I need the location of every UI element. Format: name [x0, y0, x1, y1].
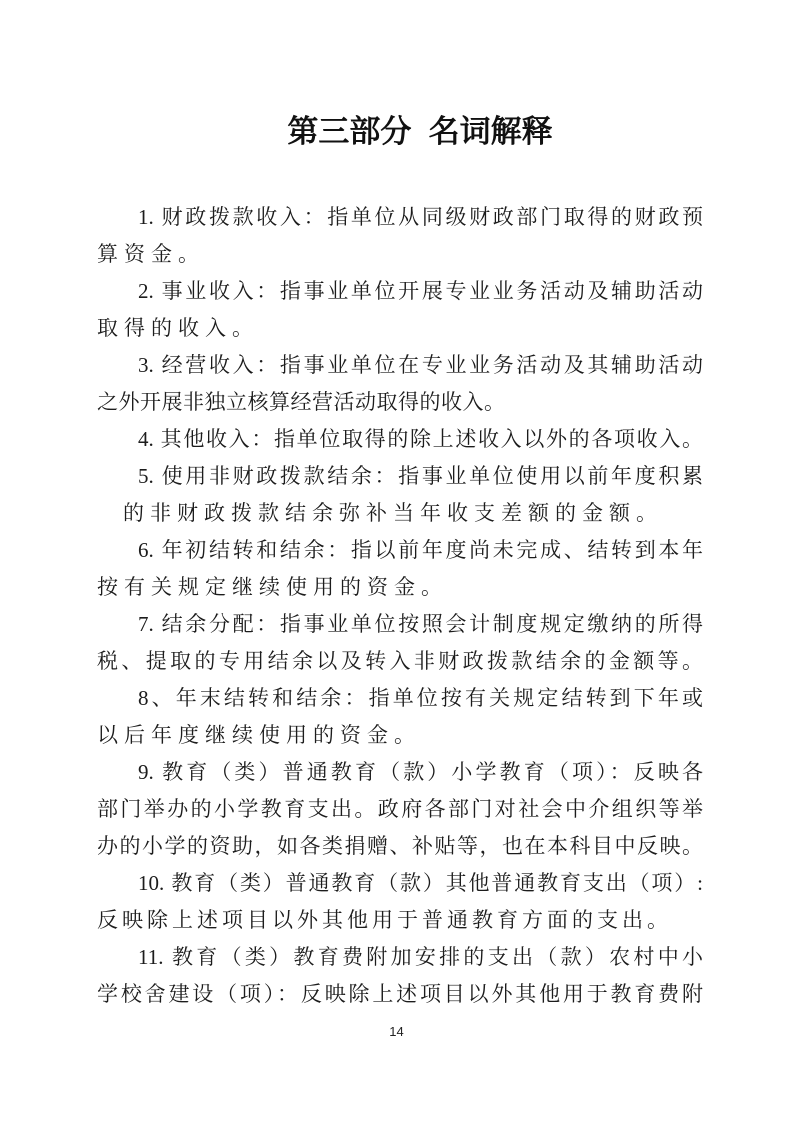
text-line: 4. 其他收入：指单位取得的除上述收入以外的各项收入。 [97, 421, 703, 458]
text-line: 反映除上述项目以外其他用于普通教育方面的支出。 [97, 902, 703, 939]
text-line: 11. 教育（类）教育费附加安排的支出（款）农村中小 [97, 939, 703, 976]
text-line: 学校舍建设（项）：反映除上述项目以外其他用于教育费附 [97, 976, 703, 1013]
text-line: 部门举办的小学教育支出。政府各部门对社会中介组织等举 [97, 791, 703, 828]
text-line: 办的小学的资助，如各类捐赠、补贴等，也在本科目中反映。 [97, 828, 703, 865]
page-title: 第三部分 名词解释 [0, 112, 793, 152]
text-line: 9. 教育（类）普通教育（款）小学教育（项）：反映各 [97, 754, 703, 791]
text-line: 1. 财政拨款收入：指单位从同级财政部门取得的财政预 [97, 199, 703, 236]
text-line: 6. 年初结转和结余：指以前年度尚未完成、结转到本年 [97, 532, 703, 569]
text-line: 10. 教育（类）普通教育（款）其他普通教育支出（项）: [97, 865, 703, 902]
page-number: 14 [0, 1023, 793, 1041]
text-line: 取得的收入。 [97, 310, 703, 347]
text-line: 5. 使用非财政拨款结余：指事业单位使用以前年度积累 [97, 458, 703, 495]
text-line: 7. 结余分配：指事业单位按照会计制度规定缴纳的所得 [97, 606, 703, 643]
text-line: 3. 经营收入：指事业单位在专业业务活动及其辅助活动 [97, 347, 703, 384]
text-line: 以后年度继续使用的资金。 [97, 717, 703, 754]
text-line: 之外开展非独立核算经营活动取得的收入。 [97, 384, 703, 421]
text-line: 的非财政拨款结余弥补当年收支差额的金额。 [97, 495, 703, 532]
text-line: 算资金。 [97, 236, 703, 273]
text-line: 8、年末结转和结余：指单位按有关规定结转到下年或 [97, 680, 703, 717]
document-page: 第三部分 名词解释 1. 财政拨款收入：指单位从同级财政部门取得的财政预算资金。… [0, 0, 793, 1122]
document-body: 1. 财政拨款收入：指单位从同级财政部门取得的财政预算资金。2. 事业收入：指事… [97, 199, 703, 1013]
text-line: 按有关规定继续使用的资金。 [97, 569, 703, 606]
text-line: 2. 事业收入：指事业单位开展专业业务活动及辅助活动 [97, 273, 703, 310]
text-line: 税、提取的专用结余以及转入非财政拨款结余的金额等。 [97, 643, 703, 680]
